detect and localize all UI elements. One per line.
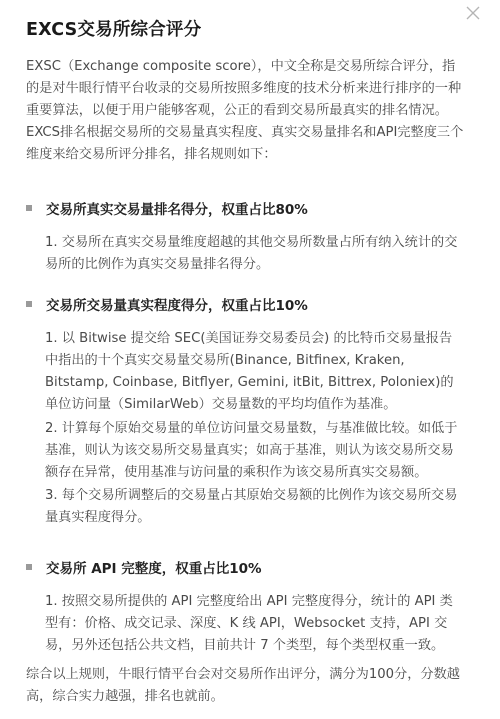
- section-heading-text: 交易所 API 完整度，权重占比10%: [46, 557, 262, 577]
- conclusion-paragraph: 综合以上规则，牛眼行情平台会对交易所作出评分，满分为100分，分数越高，综合实力…: [26, 664, 466, 708]
- rules-intro-paragraph: EXCS排名根据交易所的交易量真实程度、真实交易量排名和API完整度三个维度来给…: [26, 122, 466, 166]
- section-item: 1. 交易所在真实交易量维度超越的其他交易所数量占所有纳入统计的交易所的比例作为…: [45, 232, 465, 276]
- section-item: 1. 按照交易所提供的 API 完整度给出 API 完整度得分，统计的 API …: [45, 591, 465, 657]
- section-item: 1. 以 Bitwise 提交给 SEC(美国证券交易委员会) 的比特币交易量报…: [45, 328, 465, 416]
- section-heading-volume-authenticity: 交易所交易量真实程度得分，权重占比10%: [26, 293, 466, 315]
- excs-info-dialog: EXCS交易所综合评分 EXSC（Exchange composite scor…: [0, 0, 500, 719]
- section-item: 3. 每个交易所调整后的交易量占其原始交易额的比例作为该交易所交易量真实程度得分…: [45, 485, 465, 529]
- section-heading-text: 交易所真实交易量排名得分，权重占比80%: [46, 198, 308, 218]
- close-button[interactable]: [462, 2, 484, 24]
- intro-paragraph: EXSC（Exchange composite score），中文全称是交易所综…: [26, 56, 466, 122]
- bullet-icon: [26, 301, 32, 307]
- section-heading-text: 交易所交易量真实程度得分，权重占比10%: [46, 294, 308, 314]
- section-item: 2. 计算每个原始交易量的单位访问量交易量数，与基准做比较。如低于基准，则认为该…: [45, 418, 465, 484]
- bullet-icon: [26, 205, 32, 211]
- bullet-icon: [26, 564, 32, 570]
- section-heading-api-completeness: 交易所 API 完整度，权重占比10%: [26, 556, 466, 578]
- dialog-title: EXCS交易所综合评分: [26, 16, 201, 41]
- close-icon: [462, 2, 484, 24]
- section-heading-real-volume-rank: 交易所真实交易量排名得分，权重占比80%: [26, 197, 466, 219]
